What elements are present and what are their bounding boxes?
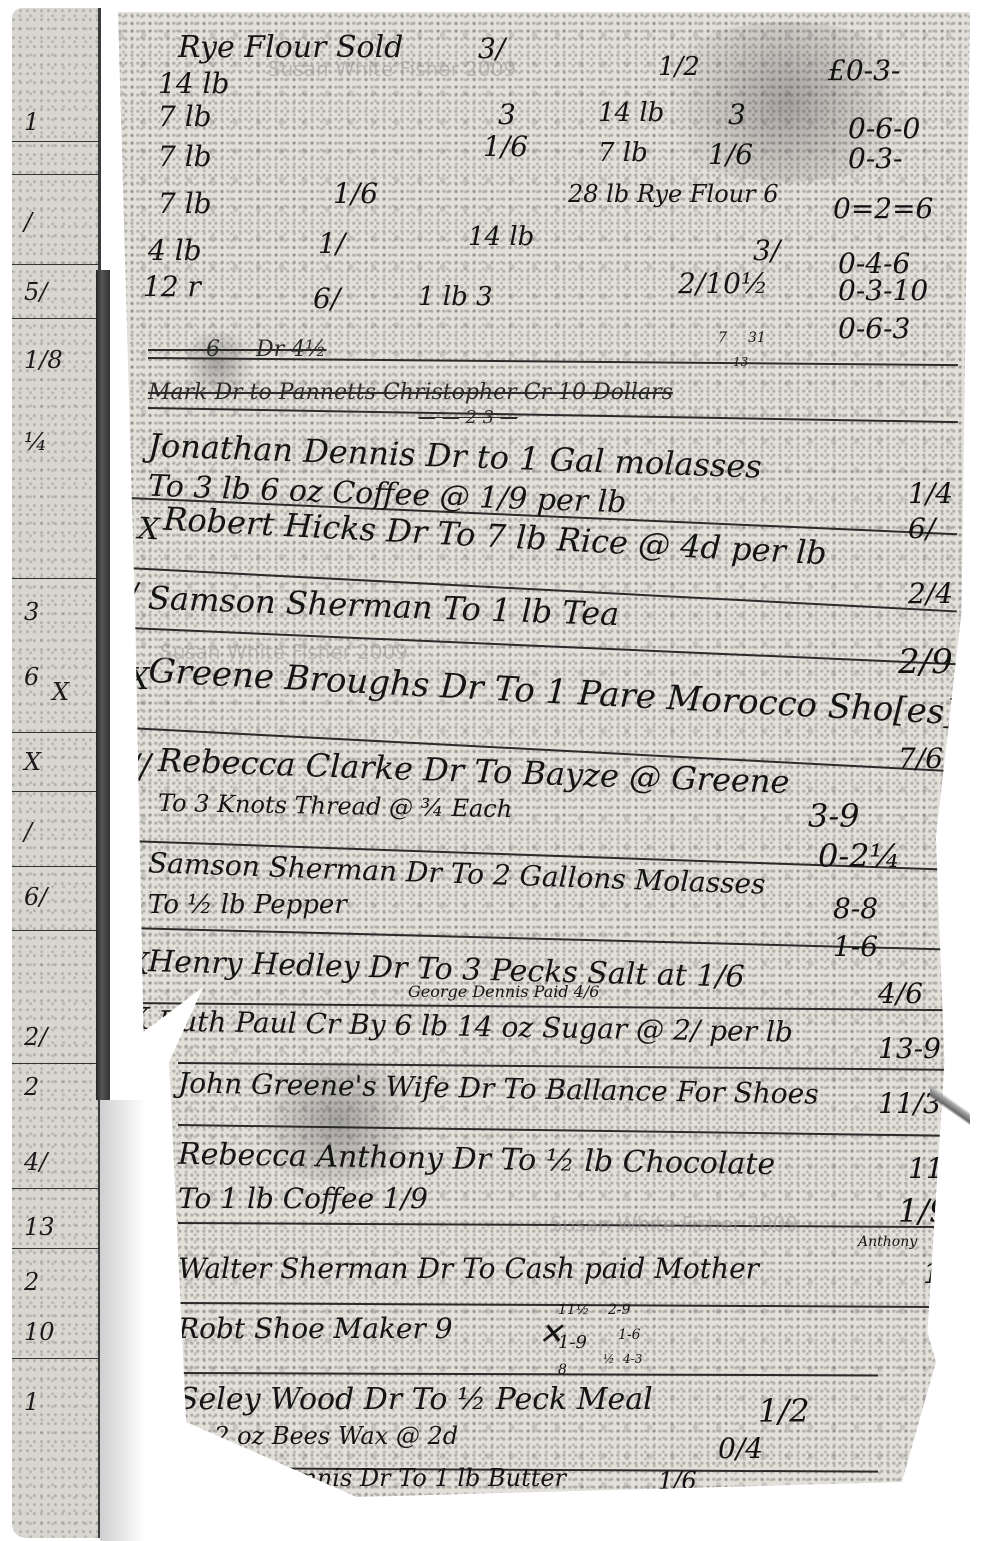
price-cell: 14 lb <box>468 222 534 252</box>
entry-mark: // <box>128 747 151 787</box>
struck-entry: Mark Dr to Pannetts Christopher Cr 10 Do… <box>148 380 673 405</box>
side-calc: 8 <box>558 1362 567 1378</box>
total-cell: 0-6-0 <box>848 112 920 145</box>
entry-mark: X <box>128 1002 149 1037</box>
price-cell: 3 <box>728 98 746 131</box>
qty-cell: 7 lb <box>158 140 212 173</box>
side-calc: ½ <box>603 1352 615 1366</box>
margin-mark: / <box>24 208 32 236</box>
price-cell: 7 lb <box>598 138 648 168</box>
ruled-line <box>12 141 98 142</box>
watermark: Susan White Fisher 2009 <box>268 57 516 81</box>
entry-mark: X <box>128 947 149 982</box>
entry-amount: 1/9 <box>898 1192 950 1230</box>
ledger-entry: Widow Dennis Dr To 1 lb Butter <box>178 1464 566 1492</box>
watermark: Susan White Fisher 2009 <box>160 640 408 664</box>
book-spine <box>96 270 110 1100</box>
margin-mark: 2/ <box>24 1023 47 1051</box>
ruled-line <box>12 174 98 175</box>
ledger-entry: Seley Wood Dr To ½ Peck Meal <box>178 1382 653 1417</box>
ruled-line <box>12 1063 98 1064</box>
qty-cell: 14 lb <box>158 67 229 100</box>
price-cell: 1/ <box>318 227 345 260</box>
price-cell: 1/6 <box>708 138 753 171</box>
ruled-line <box>12 866 98 867</box>
margin-mark: 5/ <box>24 278 47 306</box>
ruled-line <box>12 1358 98 1359</box>
price-cell: 14 lb <box>598 98 664 128</box>
price-cell: 1/6 <box>333 177 378 210</box>
margin-mark: 4/ <box>24 1148 47 1176</box>
entry-amount: 2/4 <box>908 577 953 610</box>
total-cell: 0-3-10 <box>838 274 928 307</box>
qty-cell: 12 r <box>143 270 201 303</box>
margin-mark: 1/8 <box>24 346 63 374</box>
entry-mark: / <box>128 577 138 612</box>
marginal-number: 13 <box>733 355 748 369</box>
total-cell: 0-3- <box>848 142 903 175</box>
side-calc: 1-9 <box>558 1332 587 1353</box>
entry-amount: 6/ <box>908 512 935 545</box>
ledger-page: Rye Flour Sold 14 lb 3/ 1/2 £0-3- 7 lb 3… <box>118 12 970 1512</box>
entry-amount: 1/4 <box>908 477 953 510</box>
margin-mark: X <box>24 748 41 776</box>
margin-mark: 1 <box>24 108 39 136</box>
side-calc: 1-6 <box>618 1327 641 1343</box>
price-cell: 1/2 <box>658 52 700 82</box>
margin-mark: 6/ <box>24 883 47 911</box>
total-cell: 0-6-3 <box>838 312 910 345</box>
margin-mark: / <box>24 818 32 846</box>
margin-mark: ¼ <box>24 428 47 456</box>
entry-amount: 0/4 <box>718 1432 763 1465</box>
price-cell: 1 lb 3 <box>418 282 493 312</box>
ruled-line <box>12 264 98 265</box>
entry-amount: 2/9 <box>898 642 953 682</box>
ledger-entry: Samson Sherman To 1 lb Tea <box>147 579 619 633</box>
entry-mark: X <box>128 662 149 697</box>
qty-cell: 7 lb <box>158 100 212 133</box>
struck-entry: — — 6 — Dr 4½ <box>148 337 326 362</box>
price-cell: 1/6 <box>483 130 528 163</box>
entry-amount: 0-2¼ <box>818 837 901 875</box>
marginal-number: 7 <box>718 330 727 346</box>
margin-mark: 2 <box>24 1268 39 1296</box>
price-cell: 3/ <box>753 234 780 267</box>
entry-amount: 7/6 <box>898 742 943 775</box>
ledger-note: Anthony <box>858 1234 917 1250</box>
ruled-line <box>12 1188 98 1189</box>
margin-mark: X <box>52 678 69 706</box>
margin-mark: 13 <box>24 1213 55 1241</box>
ledger-entry: Rebecca Anthony Dr To ½ lb Chocolate <box>178 1137 776 1182</box>
entry-amount: 1/2 <box>758 1392 810 1430</box>
ledger-entry: To 1 lb Coffee 1/9 <box>178 1182 428 1215</box>
watermark: Susan White Fisher 2009 <box>550 1212 798 1236</box>
marginal-number: 31 <box>748 330 766 346</box>
ledger-entry: Robt Shoe Maker 9 <box>178 1312 453 1345</box>
entry-mark: / <box>128 852 138 887</box>
ruled-line <box>12 1248 98 1249</box>
price-cell: 2/10½ <box>678 267 768 300</box>
qty-cell: 4 lb <box>148 234 202 267</box>
entry-amount: 3-9 <box>808 797 860 835</box>
price-cell: 28 lb Rye Flour 6 <box>568 180 778 208</box>
entry-amount: 8-8 <box>833 892 878 925</box>
ruled-line <box>148 407 958 423</box>
entry-amount: 13-9 <box>878 1032 941 1065</box>
torn-paper-fragment <box>930 1085 970 1125</box>
ruled-line <box>178 1372 878 1376</box>
qty-cell: 7 lb <box>158 187 212 220</box>
side-calc: 2-9 <box>608 1302 631 1318</box>
entry-amount: 4/6 <box>878 977 923 1010</box>
ledger-entry: To 2 oz Bees Wax @ 2d <box>178 1422 458 1450</box>
ledger-entry: Ruth Paul Cr By 6 lb 14 oz Sugar @ 2/ pe… <box>158 1004 793 1048</box>
entry-amount: 1/6 <box>658 1467 697 1495</box>
total-cell: 0=2=6 <box>833 192 933 225</box>
price-cell: 3 <box>498 98 516 131</box>
entry-amount: 1-6 <box>833 930 878 963</box>
margin-mark: 3 <box>24 598 39 626</box>
ruled-line <box>12 791 98 792</box>
entry-mark: X <box>137 511 160 547</box>
side-calc: 4-3 <box>623 1352 642 1366</box>
margin-mark: 10 <box>24 1318 55 1346</box>
ruled-line <box>12 318 98 319</box>
struck-entry: — — 2 3 — <box>418 407 518 428</box>
side-calc: 11½ <box>558 1302 589 1318</box>
adjacent-page-strip: 1 / 5/ 1/8 ¼ 3 6 X X / 6/ 2/ 2 4/ 13 2 1… <box>12 8 101 1538</box>
price-cell: 6/ <box>313 282 340 315</box>
entry-amount: 11½ <box>908 1152 971 1185</box>
entry-amount: 18 <box>923 1257 959 1290</box>
ruled-line <box>12 930 98 931</box>
ruled-line <box>12 578 98 579</box>
ledger-entry: Walter Sherman Dr To Cash paid Mother <box>178 1252 759 1285</box>
ledger-note: George Dennis Paid 4/6 <box>408 982 599 1001</box>
ledger-entry: To 3 Knots Thread @ ¾ Each <box>158 789 513 823</box>
ledger-entry: To ½ lb Pepper <box>148 890 347 920</box>
total-cell: £0-3- <box>828 54 900 87</box>
margin-mark: 2 <box>24 1073 39 1101</box>
ruled-line <box>12 732 98 733</box>
margin-mark: 1 <box>24 1388 39 1416</box>
margin-mark: 6 <box>24 663 39 691</box>
